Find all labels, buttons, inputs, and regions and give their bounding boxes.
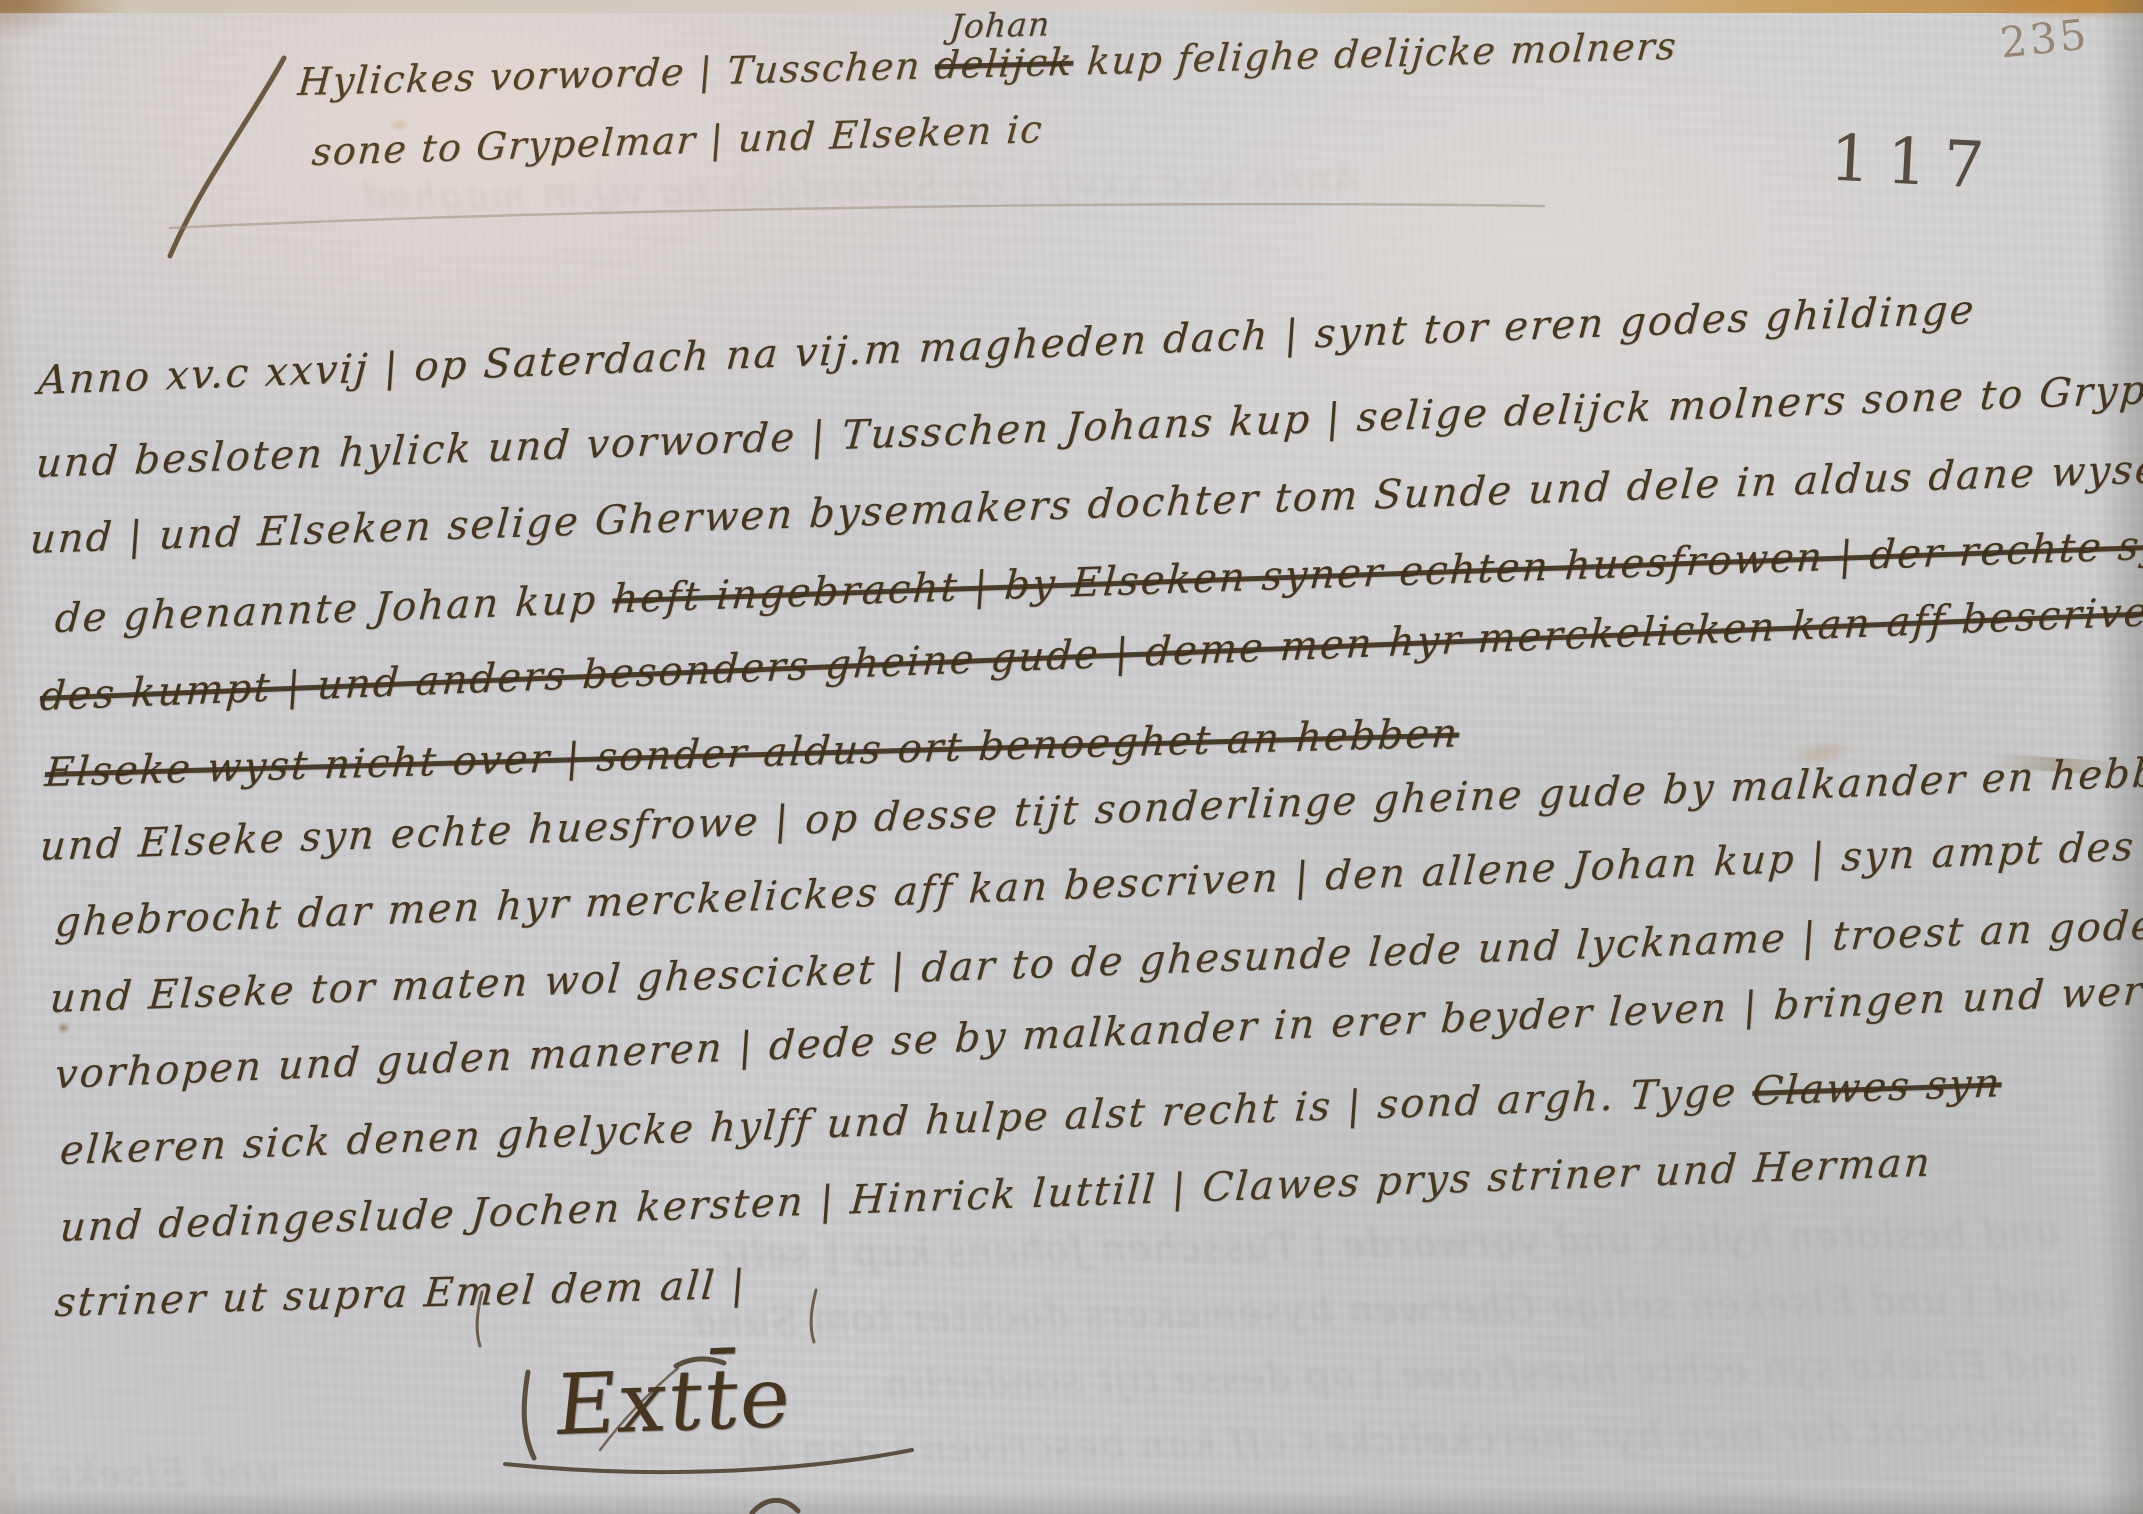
heading-text-after: kup felighe delijcke molners — [1085, 24, 1679, 84]
line-text: de ghenannte Johan kup — [53, 576, 614, 642]
exiit-bar — [524, 1372, 534, 1458]
folio-number: 235 — [1998, 9, 2092, 67]
bleed-through-text-6: und Elseke tor maten wol ghescicket | da… — [0, 1449, 280, 1499]
bleed-through-text-3: und | und Elseken selige Gherwen bysemak… — [690, 1276, 2071, 1344]
heading-corrected-word: delijck Johan — [933, 40, 1075, 88]
line-text: striner ut supra Emel dem all | — [53, 1262, 748, 1326]
page-edge-light-left — [0, 0, 26, 1514]
bleed-through-text-4: und Elseke syn echte huesfrowe | op dess… — [880, 1342, 2081, 1407]
opening-bracket-flourish — [170, 58, 284, 256]
ink-spot-stain — [56, 1022, 71, 1034]
heading-struck-word: delijck — [933, 40, 1075, 88]
binding-edge-top — [0, 0, 2143, 13]
entry-number: 117 — [1828, 122, 2002, 205]
manuscript-line-13: striner ut supra Emel dem all | — [53, 1262, 748, 1326]
extract-issue-mark: Extt̄e — [550, 1348, 797, 1454]
page-edge-shadow-bottom — [0, 1488, 2143, 1514]
heading-line-1: Hylickes vorworde | Tusschen delijck Joh… — [296, 24, 1679, 104]
interlinear-insertion: Johan — [948, 4, 1051, 46]
bleed-through-text-5: ghebrocht dar men hyr merckelickes aff k… — [740, 1406, 2081, 1473]
manuscript-page: Anno xv.c xxvij | op Saterdach na vij.m … — [0, 0, 2143, 1514]
line-struck-text: Clawes syn — [1751, 1060, 2003, 1115]
heading-text-before: Hylickes vorworde | Tusschen — [296, 44, 923, 104]
